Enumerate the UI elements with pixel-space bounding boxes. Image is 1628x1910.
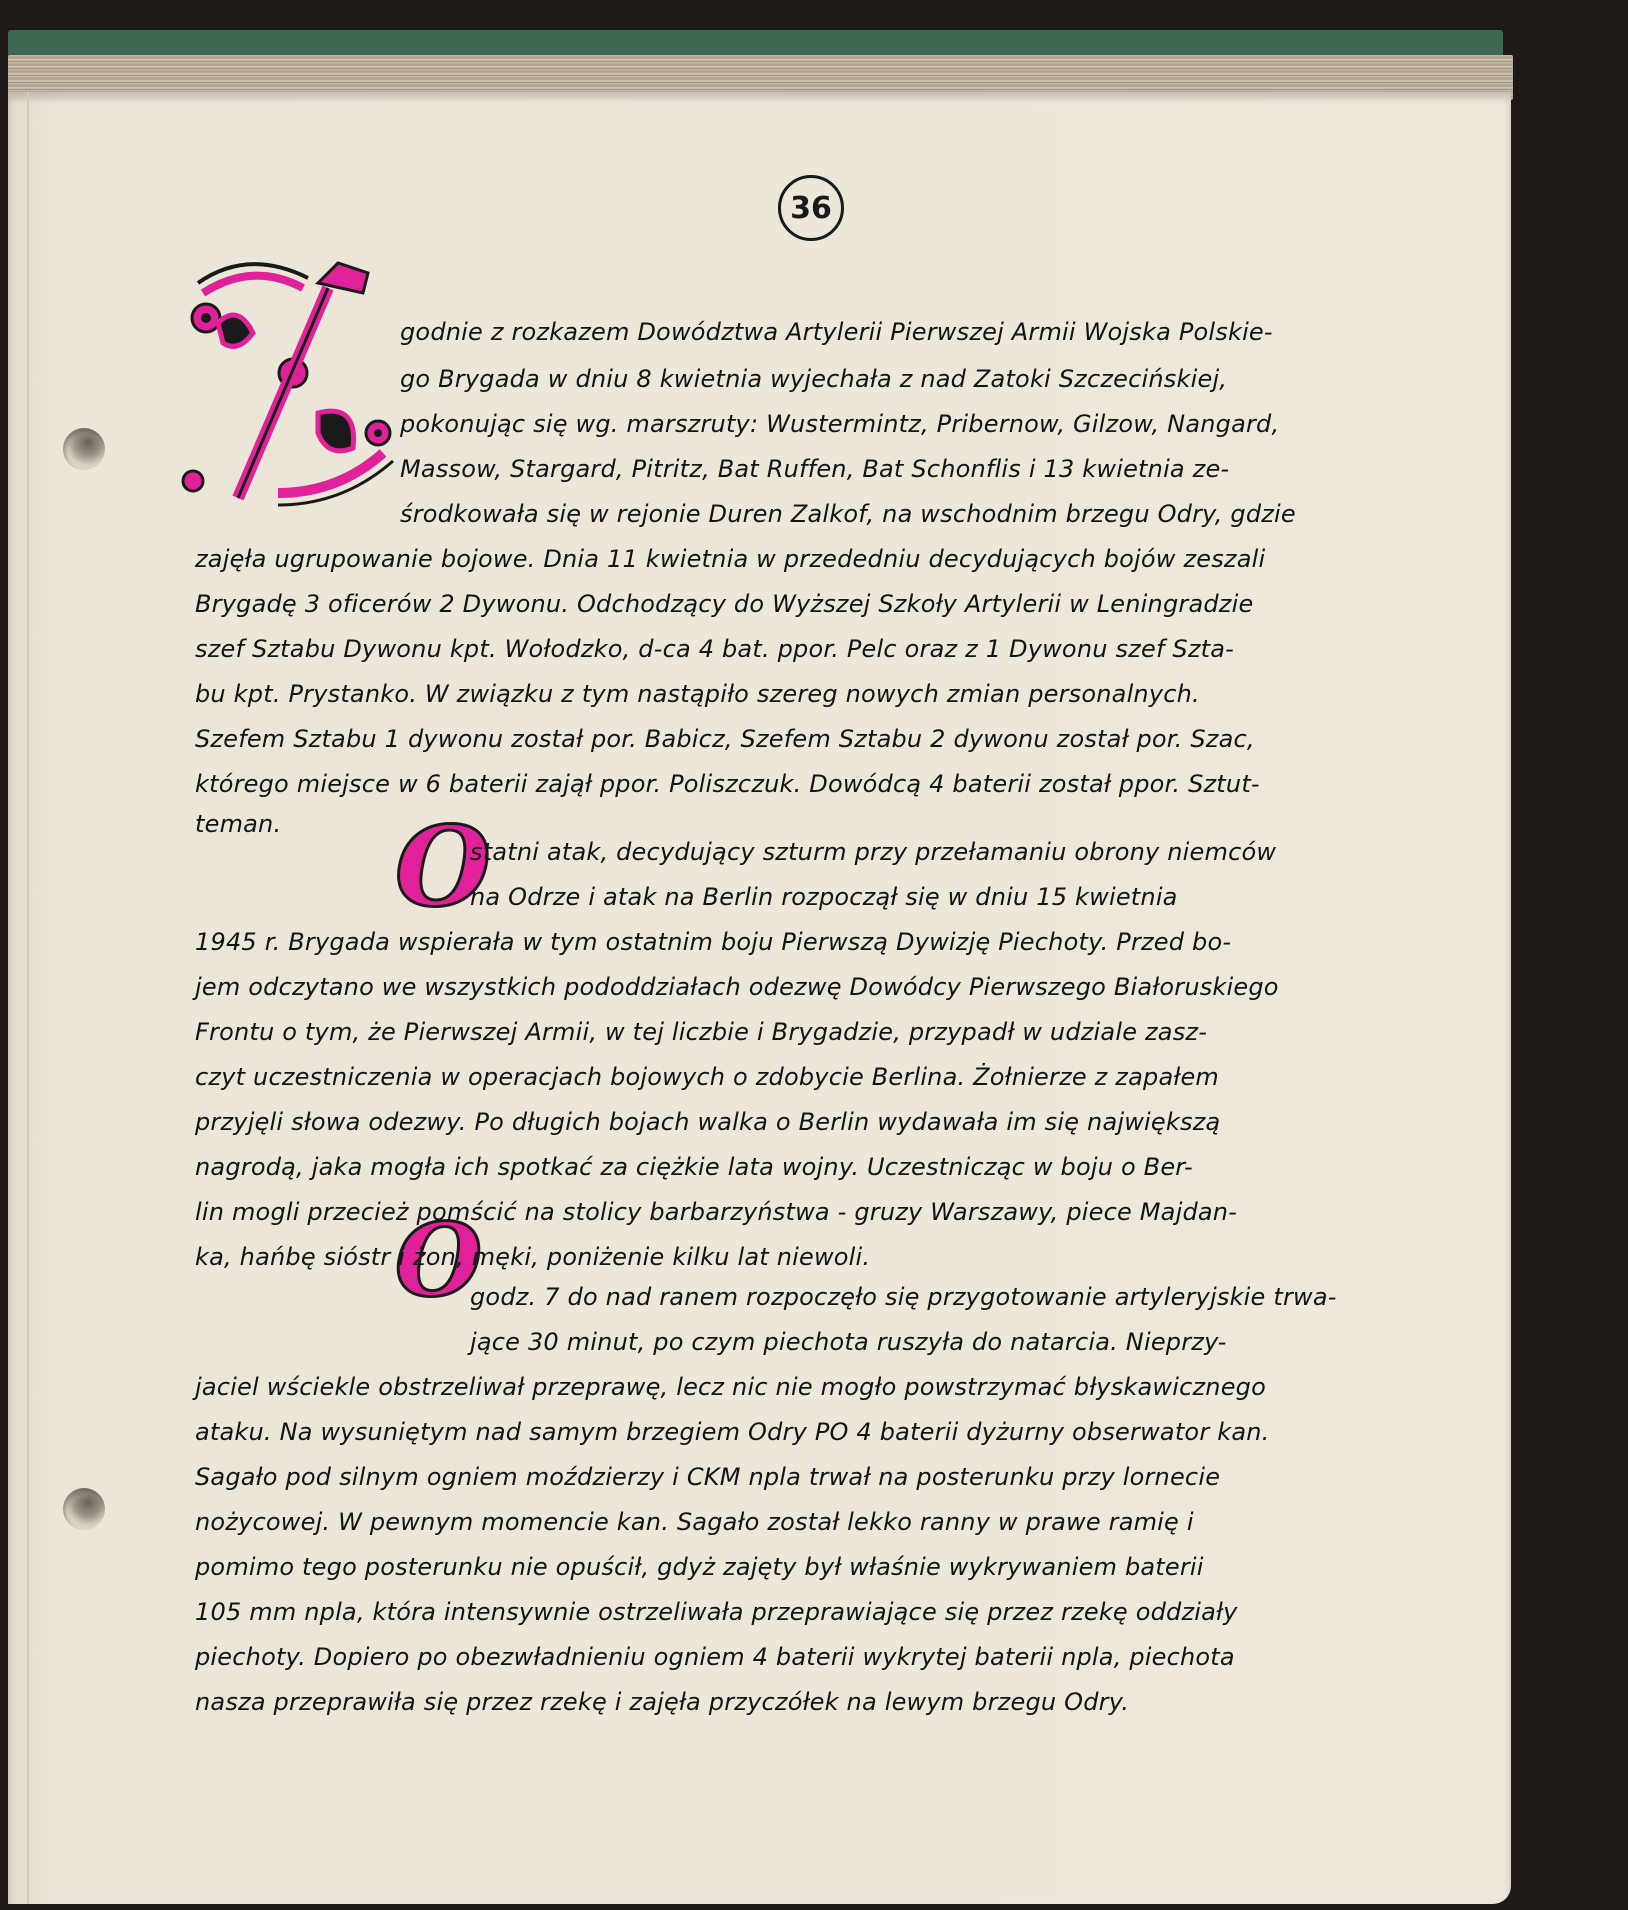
text-line: Szefem Sztabu 1 dywonu został por. Babic…	[195, 725, 1255, 753]
text-line: jaciel wściekle obstrzeliwał przeprawę, …	[195, 1373, 1266, 1401]
text-line: czyt uczestniczenia w operacjach bojowyc…	[195, 1063, 1219, 1091]
text-line: nożycowej. W pewnym momencie kan. Sagało…	[195, 1508, 1194, 1536]
text-line: pokonując się wg. marszruty: Wustermintz…	[400, 410, 1279, 438]
text-line: godnie z rozkazem Dowództwa Artylerii Pi…	[400, 318, 1273, 346]
decorative-initial-ornament-icon	[178, 243, 408, 513]
text-line: Brygadę 3 oficerów 2 Dywonu. Odchodzący …	[195, 590, 1253, 618]
text-line: 1945 r. Brygada wspierała w tym ostatnim…	[195, 928, 1231, 956]
text-line: godz. 7 do nad ranem rozpoczęło się przy…	[470, 1283, 1337, 1311]
text-line: środkowała się w rejonie Duren Zalkof, n…	[400, 500, 1296, 528]
text-line: lin mogli przecież pomścić na stolicy ba…	[195, 1198, 1237, 1226]
text-line: piechoty. Dopiero po obezwładnieniu ogni…	[195, 1643, 1235, 1671]
page-number-text: 36	[790, 191, 832, 226]
text-line: zajęła ugrupowanie bojowe. Dnia 11 kwiet…	[195, 545, 1265, 573]
text-line: szef Sztabu Dywonu kpt. Wołodzko, d-ca 4…	[195, 635, 1234, 663]
text-line: na Odrze i atak na Berlin rozpoczął się …	[470, 883, 1178, 911]
text-line: ataku. Na wysuniętym nad samym brzegiem …	[195, 1418, 1269, 1446]
text-line: statni atak, decydujący szturm przy prze…	[470, 838, 1276, 866]
text-line: jące 30 minut, po czym piechota ruszyła …	[470, 1328, 1227, 1356]
text-line: 105 mm npla, która intensywnie ostrzeliw…	[195, 1598, 1238, 1626]
text-line: Sagało pod silnym ogniem moździerzy i CK…	[195, 1463, 1220, 1491]
text-line: pomimo tego posterunku nie opuścił, gdyż…	[195, 1553, 1204, 1581]
page-gutter-line	[27, 92, 29, 1904]
text-line: Frontu o tym, że Pierwszej Armii, w tej …	[195, 1018, 1207, 1046]
text-line: przyjęli słowa odezwy. Po długich bojach…	[195, 1108, 1220, 1136]
text-line: jem odczytano we wszystkich pododdziałac…	[195, 973, 1279, 1001]
text-line: Massow, Stargard, Pitritz, Bat Ruffen, B…	[400, 455, 1229, 483]
punch-hole-icon	[63, 428, 105, 470]
text-line: nagrodą, jaka mogła ich spotkać za ciężk…	[195, 1153, 1193, 1181]
text-line: nasza przeprawiła się przez rzekę i zaję…	[195, 1688, 1129, 1716]
text-line: ka, hańbę sióstr i żon, męki, poniżenie …	[195, 1243, 870, 1271]
punch-hole-icon	[63, 1488, 105, 1530]
text-line: bu kpt. Prystanko. W związku z tym nastą…	[195, 680, 1200, 708]
text-line: teman.	[195, 810, 281, 838]
text-line: go Brygada w dniu 8 kwietnia wyjechała z…	[400, 365, 1227, 393]
page-number: 36	[778, 175, 844, 241]
text-line: którego miejsce w 6 baterii zajął ppor. …	[195, 770, 1260, 798]
